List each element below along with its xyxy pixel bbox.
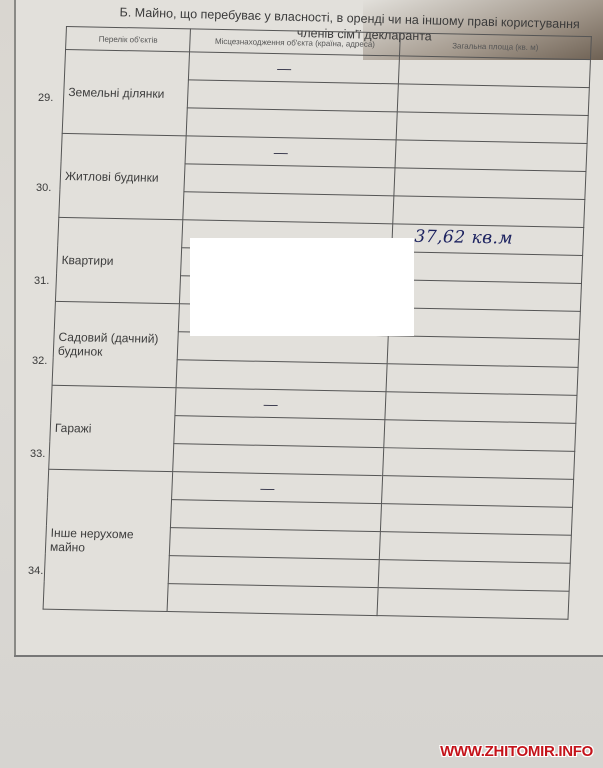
row-number: 34. (28, 565, 43, 577)
handwritten-dash: — (260, 480, 275, 496)
handwritten-area: 37,62 кв.м (414, 227, 513, 249)
area-cell (385, 392, 577, 424)
object-type-cell: Інше нерухоме майно (43, 469, 173, 611)
object-type-label: Житлові будинки (65, 169, 159, 185)
location-cell (173, 444, 384, 476)
row-number: 31. (34, 275, 49, 287)
location-cell (174, 416, 385, 448)
area-cell (389, 280, 581, 312)
area-cell (387, 336, 579, 368)
row-number: 32. (32, 355, 47, 367)
location-cell: — (175, 388, 386, 420)
handwritten-dash: — (274, 144, 289, 160)
area-cell (379, 532, 571, 564)
object-type-cell: Садовий (дачний) будинок (52, 301, 180, 387)
area-cell: 37,62 кв.м (391, 224, 583, 256)
location-cell (186, 108, 397, 140)
area-cell (397, 84, 589, 116)
location-cell (184, 164, 395, 196)
location-cell: — (185, 136, 396, 168)
row-number: 33. (30, 448, 45, 460)
area-cell (395, 140, 587, 172)
watermark: WWW.ZHITOMIR.INFO (440, 743, 593, 760)
object-type-label: Інше нерухоме майно (50, 525, 134, 554)
location-cell (170, 528, 381, 560)
object-type-label: Квартири (61, 252, 113, 267)
area-cell (388, 308, 580, 340)
row-number: 30. (36, 182, 51, 194)
location-cell: — (189, 52, 400, 84)
area-cell (386, 364, 578, 396)
location-cell (188, 80, 399, 112)
location-cell (183, 192, 394, 224)
area-cell (383, 420, 575, 452)
row-number: 29. (38, 92, 53, 104)
object-type-label: Гаражі (55, 420, 92, 435)
object-type-cell: Квартири (55, 217, 183, 303)
page-bottom-border (14, 655, 603, 657)
object-type-cell: Гаражі (49, 385, 177, 471)
area-cell (390, 252, 582, 284)
object-type-cell: Земельні ділянки (62, 49, 190, 135)
location-cell (177, 332, 388, 364)
area-cell (377, 588, 569, 620)
area-cell (382, 448, 574, 480)
area-cell (394, 168, 586, 200)
area-cell (381, 476, 573, 508)
handwritten-dash: — (263, 396, 278, 412)
area-cell (378, 560, 570, 592)
location-cell: — (172, 472, 383, 504)
location-cell (167, 584, 378, 616)
object-type-cell: Житлові будинки (59, 133, 187, 219)
handwritten-dash: — (277, 60, 292, 76)
area-cell (380, 504, 572, 536)
column-header-objects: Перелік об'єктів (66, 27, 191, 52)
area-cell (398, 56, 590, 88)
location-cell (176, 360, 387, 392)
page-edge (14, 0, 16, 657)
location-cell (171, 500, 382, 532)
area-cell (396, 112, 588, 144)
object-type-label: Земельні ділянки (68, 85, 165, 101)
redaction-box (190, 238, 414, 336)
area-cell (392, 196, 584, 228)
object-type-label: Садовий (дачний) будинок (58, 329, 159, 358)
location-cell (168, 556, 379, 588)
